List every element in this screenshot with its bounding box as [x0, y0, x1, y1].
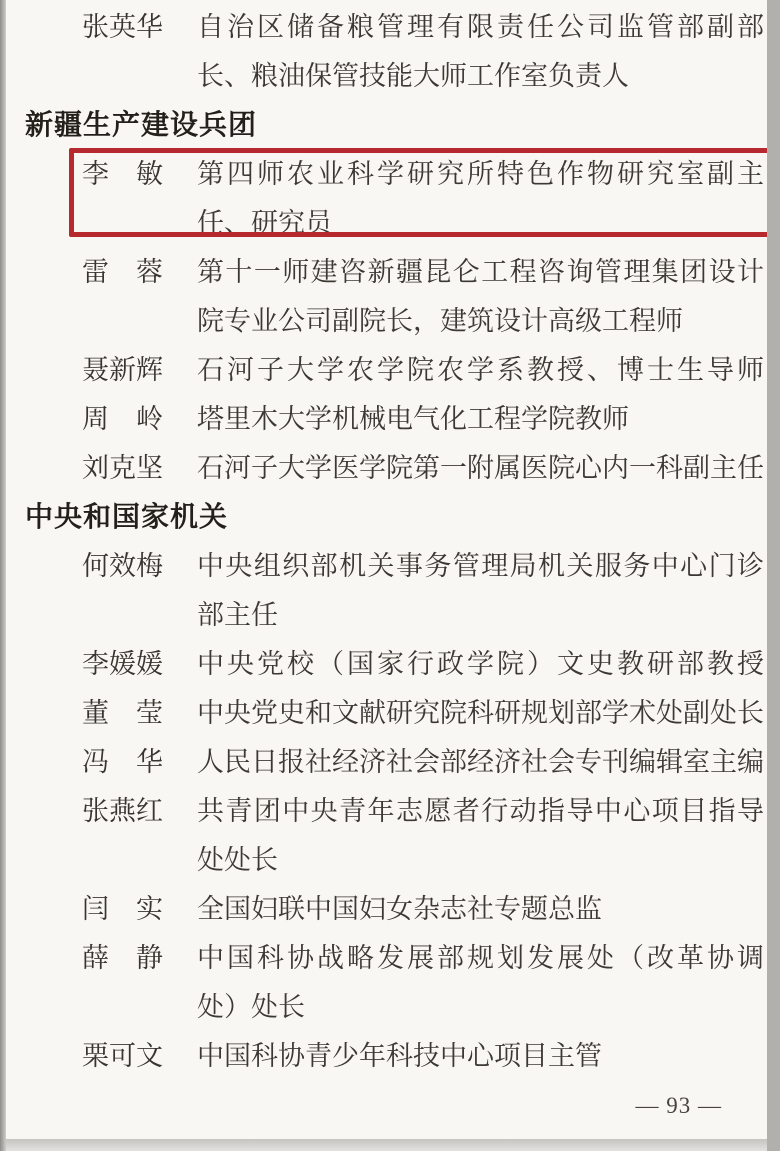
entry-name: 李媛媛 — [82, 640, 166, 689]
entry-row: 聂新辉石河子大学农学院农学系教授、博士生导师 — [82, 346, 780, 395]
entry-list: 张英华自治区储备粮管理有限责任公司监管部副部长、粮油保管技能大师工作室负责人新疆… — [0, 3, 780, 1081]
page-number: — 93 — — [0, 1081, 780, 1130]
entry-description: 共青团中央青年志愿者行动指导中心项目指导处处长 — [197, 787, 764, 885]
entry-description: 中国科协战略发展部规划发展处（改革协调处）处长 — [197, 934, 764, 1032]
entry-description: 塔里木大学机械电气化工程学院教师 — [197, 395, 764, 444]
entry-row: 张英华自治区储备粮管理有限责任公司监管部副部长、粮油保管技能大师工作室负责人 — [82, 3, 780, 101]
scan-edge-left — [0, 0, 6, 1151]
entry-row: 薛 静中国科协战略发展部规划发展处（改革协调处）处长 — [82, 934, 780, 1032]
entry-name: 冯 华 — [82, 738, 166, 787]
entry-description: 中央党校（国家行政学院）文史教研部教授 — [197, 640, 764, 689]
entry-line: 中央党校（国家行政学院）文史教研部教授 — [197, 640, 764, 689]
entry-line: 部主任 — [197, 591, 764, 640]
entry-row: 雷 蓉第十一师建咨新疆昆仑工程咨询管理集团设计院专业公司副院长，建筑设计高级工程… — [82, 248, 780, 346]
entry-line: 处处长 — [197, 836, 764, 885]
entry-description: 石河子大学医学院第一附属医院心内一科副主任 — [197, 444, 764, 493]
entry-description: 自治区储备粮管理有限责任公司监管部副部长、粮油保管技能大师工作室负责人 — [197, 3, 764, 101]
entry-line: 全国妇联中国妇女杂志社专题总监 — [197, 885, 764, 934]
entry-name: 张燕红 — [82, 787, 166, 885]
entry-name: 聂新辉 — [82, 346, 166, 395]
entry-row: 闫 实全国妇联中国妇女杂志社专题总监 — [82, 885, 780, 934]
entry-row: 周 岭塔里木大学机械电气化工程学院教师 — [82, 395, 780, 444]
entry-description: 全国妇联中国妇女杂志社专题总监 — [197, 885, 764, 934]
entry-line: 人民日报社经济社会部经济社会专刊编辑室主编 — [197, 738, 764, 787]
entry-row: 栗可文中国科协青少年科技中心项目主管 — [82, 1032, 780, 1081]
entry-line: 处）处长 — [197, 983, 764, 1032]
entry-name: 周 岭 — [82, 395, 166, 444]
entry-row: 张燕红共青团中央青年志愿者行动指导中心项目指导处处长 — [82, 787, 780, 885]
entry-line: 中国科协青少年科技中心项目主管 — [197, 1032, 764, 1081]
scan-edge-bottom — [6, 1139, 767, 1151]
entry-line: 塔里木大学机械电气化工程学院教师 — [197, 395, 764, 444]
entry-line: 石河子大学医学院第一附属医院心内一科副主任 — [197, 444, 764, 493]
entry-line: 自治区储备粮管理有限责任公司监管部副部 — [197, 3, 764, 52]
entry-description: 中国科协青少年科技中心项目主管 — [197, 1032, 764, 1081]
entry-row: 李 敏第四师农业科学研究所特色作物研究室副主任、研究员 — [82, 150, 780, 248]
section-header: 新疆生产建设兵团 — [25, 101, 780, 150]
entry-description: 中央党史和文献研究院科研规划部学术处副处长 — [197, 689, 764, 738]
entry-line: 石河子大学农学院农学系教授、博士生导师 — [197, 346, 764, 395]
entry-row: 李媛媛中央党校（国家行政学院）文史教研部教授 — [82, 640, 780, 689]
entry-row: 董 莹中央党史和文献研究院科研规划部学术处副处长 — [82, 689, 780, 738]
entry-row: 刘克坚石河子大学医学院第一附属医院心内一科副主任 — [82, 444, 780, 493]
entry-row: 何效梅中央组织部机关事务管理局机关服务中心门诊部主任 — [82, 542, 780, 640]
scan-edge-right — [767, 0, 780, 1151]
entry-name: 刘克坚 — [82, 444, 166, 493]
entry-name: 张英华 — [82, 3, 166, 101]
entry-name: 董 莹 — [82, 689, 166, 738]
entry-line: 中央党史和文献研究院科研规划部学术处副处长 — [197, 689, 764, 738]
entry-description: 石河子大学农学院农学系教授、博士生导师 — [197, 346, 764, 395]
document-page: 张英华自治区储备粮管理有限责任公司监管部副部长、粮油保管技能大师工作室负责人新疆… — [0, 0, 780, 1151]
entry-row: 冯 华人民日报社经济社会部经济社会专刊编辑室主编 — [82, 738, 780, 787]
entry-line: 院专业公司副院长，建筑设计高级工程师 — [197, 297, 764, 346]
entry-line: 中国科协战略发展部规划发展处（改革协调 — [197, 934, 764, 983]
entry-name: 栗可文 — [82, 1032, 166, 1081]
entry-line: 第十一师建咨新疆昆仑工程咨询管理集团设计 — [197, 248, 764, 297]
entry-line: 长、粮油保管技能大师工作室负责人 — [197, 52, 764, 101]
entry-description: 第十一师建咨新疆昆仑工程咨询管理集团设计院专业公司副院长，建筑设计高级工程师 — [197, 248, 764, 346]
entry-name: 李 敏 — [82, 150, 166, 248]
entry-line: 共青团中央青年志愿者行动指导中心项目指导 — [197, 787, 764, 836]
page-content: 张英华自治区储备粮管理有限责任公司监管部副部长、粮油保管技能大师工作室负责人新疆… — [0, 3, 780, 1130]
entry-line: 中央组织部机关事务管理局机关服务中心门诊 — [197, 542, 764, 591]
entry-line: 第四师农业科学研究所特色作物研究室副主 — [197, 150, 764, 199]
entry-line: 任、研究员 — [197, 199, 764, 248]
entry-description: 第四师农业科学研究所特色作物研究室副主任、研究员 — [197, 150, 764, 248]
entry-description: 人民日报社经济社会部经济社会专刊编辑室主编 — [197, 738, 764, 787]
section-header: 中央和国家机关 — [25, 493, 780, 542]
entry-name: 何效梅 — [82, 542, 166, 640]
entry-name: 雷 蓉 — [82, 248, 166, 346]
entry-description: 中央组织部机关事务管理局机关服务中心门诊部主任 — [197, 542, 764, 640]
entry-name: 闫 实 — [82, 885, 166, 934]
entry-name: 薛 静 — [82, 934, 166, 1032]
